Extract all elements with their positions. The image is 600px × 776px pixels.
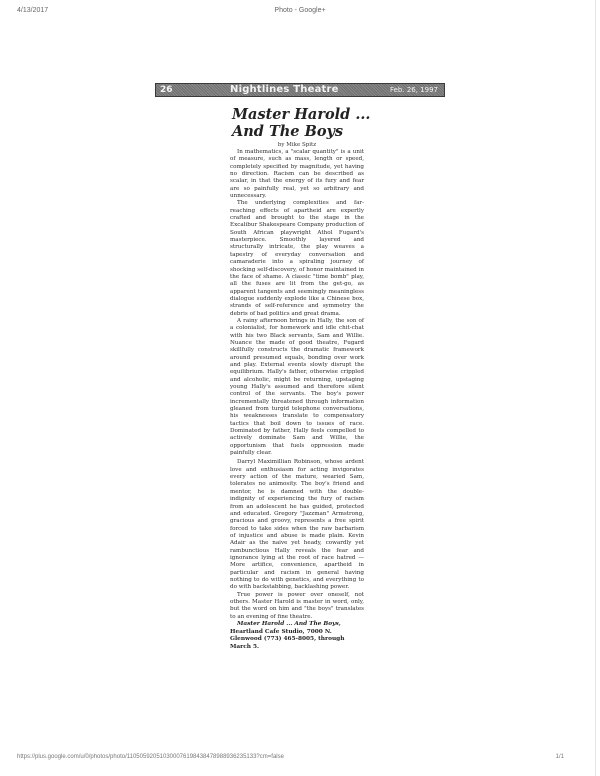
show-venue: Heartland Cafe Studio, 7000 N. Glenwood … [230, 629, 344, 650]
article-paragraph: In mathematics, a "scalar quantity" is a… [230, 149, 364, 200]
article-paragraph: A rainy afternoon brings in Hally, the s… [230, 318, 364, 458]
print-footer: https://plus.google.com/u/0/photos/photo… [0, 754, 600, 766]
headline-line-1: Master Harold ... [232, 106, 364, 123]
print-header: 4/13/2017 Photo - Google+ [0, 7, 600, 21]
newspaper-clipping: 26 Nightlines Theatre Feb. 26, 1997 Mast… [155, 83, 445, 97]
scan-edge-line [595, 0, 596, 776]
article-paragraph: True power is power over oneself, not ot… [230, 592, 364, 621]
print-page-title: Photo - Google+ [0, 7, 600, 14]
article-paragraph: Darryl Maximillian Robinson, whose arden… [230, 459, 364, 591]
banner-publication-date: Feb. 26, 1997 [390, 86, 438, 94]
headline-line-2: And The Boys [232, 123, 364, 140]
article: Master Harold ... And The Boys by Mike S… [230, 106, 364, 651]
article-show-info: Master Harold ... And The Boys, Heartlan… [230, 621, 364, 651]
banner-section-title: Nightlines Theatre [230, 84, 339, 95]
article-paragraph: The underlying complexities and far-reac… [230, 200, 364, 318]
print-page-count: 1/1 [556, 754, 564, 760]
section-banner: 26 Nightlines Theatre Feb. 26, 1997 [155, 83, 445, 97]
article-byline: by Mike Spitz [230, 142, 364, 148]
show-title: Master Harold ... And The Boys, [237, 621, 341, 627]
print-source-url: https://plus.google.com/u/0/photos/photo… [17, 754, 284, 760]
article-headline: Master Harold ... And The Boys [230, 106, 364, 140]
banner-page-number: 26 [160, 85, 173, 95]
